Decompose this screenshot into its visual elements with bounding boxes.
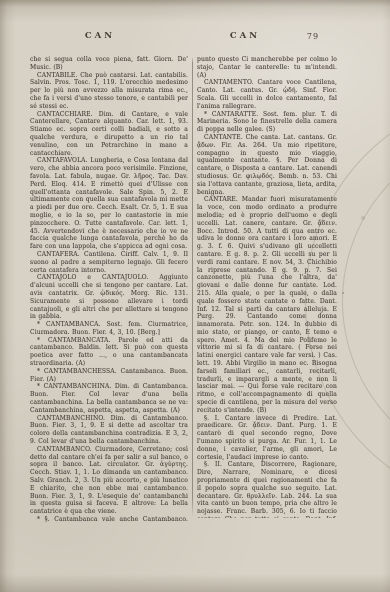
entry-paragraph: CANTANTE. Che canta. Lat. cantans. Gr. ᾄ… <box>197 134 337 196</box>
running-head-left: CAN <box>30 31 170 41</box>
entry-paragraph: * CANTAMBANCHINA. Dim. di Cantambanca. B… <box>30 383 188 414</box>
entry-paragraph: CANTAFERA. Cantilena. Ciriff. Calv. 1, 9… <box>30 251 188 274</box>
book-page: CAN CAN 79 che si segua colla voce piena… <box>0 0 390 592</box>
left-column: che si segua colla voce piena, fatt. Gio… <box>30 56 188 522</box>
entry-paragraph: * CANTAMBANCA. Sost. fem. Ciurmatrice, C… <box>30 321 188 337</box>
entry-paragraph: CANTAJOLO e CANTAJUOLO. Aggiunto d'alcun… <box>30 274 188 321</box>
running-head-right: CAN <box>190 31 300 41</box>
column-rule <box>192 57 193 517</box>
running-header: CAN CAN 79 <box>0 31 390 44</box>
entry-paragraph: * CANTARATTE. Sost. fem. plur. T. di Mar… <box>197 111 337 134</box>
entry-paragraph: CANTAMBANCHINO. Dim. di Cantambanco. Buo… <box>30 415 188 446</box>
entry-paragraph: CANTARE. Mandar fuori misuratamente la v… <box>197 196 337 414</box>
entry-paragraph: CANTAMENTO. Cantare voce Cantilena, Cant… <box>197 79 337 110</box>
entry-paragraph: §. I. Cantare invece di Predire. Lat. pr… <box>197 415 337 462</box>
entry-paragraph: che si segua colla voce piena, fatt. Gio… <box>30 56 188 72</box>
paper-speck <box>342 292 344 294</box>
entry-paragraph: CANTAFAVOLA. Lungheria, e Cosa lontana d… <box>30 157 188 251</box>
entry-paragraph: * §. Cantambanca vale anche Cantambanco.… <box>30 516 188 522</box>
entry-paragraph: punto questo Ci mancherebbe per colmo lo… <box>197 56 337 79</box>
entry-paragraph: CANTAMBANCO. Ciurmadore, Cerretano; così… <box>30 446 188 516</box>
watermark-circle-inner <box>342 130 390 472</box>
page-number: 79 <box>300 32 326 41</box>
right-column: punto questo Ci mancherebbe per colmo lo… <box>197 56 337 518</box>
entry-paragraph: * CANTAMBANCATA. Parole ed atti da canta… <box>30 337 188 368</box>
entry-paragraph: * CANTAMBANCHESSA. Cantambanca. Buon. Fi… <box>30 368 188 384</box>
entry-paragraph: §. II. Cantare, Discorrere, Ragionare, D… <box>197 461 337 518</box>
entry-paragraph: CANTACCHIARE. Dim. di Cantare, e vale Ca… <box>30 111 188 158</box>
entry-paragraph: CANTABILE. Che può cantarsi. Lat. cantab… <box>30 72 188 111</box>
